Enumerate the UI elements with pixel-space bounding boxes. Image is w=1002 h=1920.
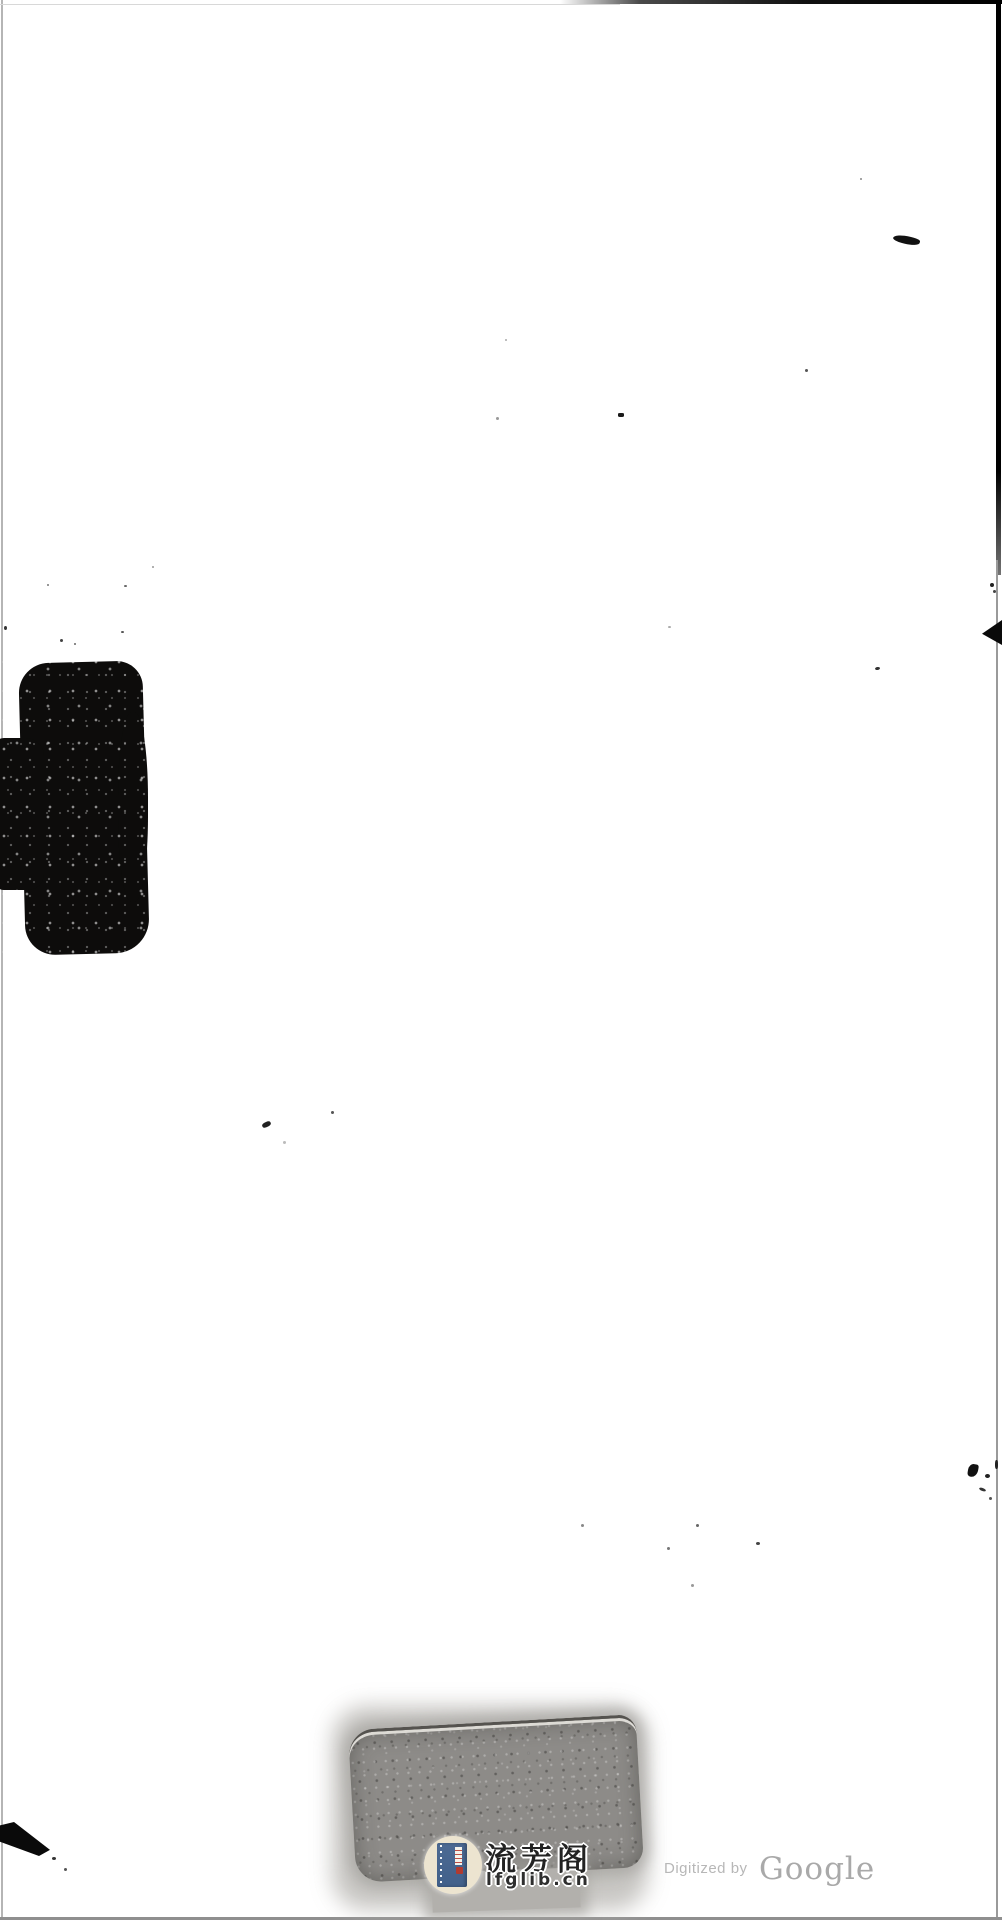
ink-speck (875, 667, 880, 671)
watermark-badge-circle (424, 1836, 482, 1894)
ink-speck (967, 1463, 979, 1478)
ink-blot-arm (0, 738, 44, 890)
ink-speck (261, 1120, 271, 1128)
ink-speck (860, 178, 862, 180)
book-title-slip-icon (454, 1846, 463, 1866)
scan-edge-right-thin (996, 560, 998, 1920)
ink-speck (52, 1857, 56, 1860)
ink-speck (696, 1524, 699, 1527)
ink-streak-bottom-left (0, 1822, 50, 1856)
ink-speck (124, 585, 127, 587)
ink-speck (121, 631, 124, 633)
ink-speck (581, 1524, 584, 1527)
ink-speck (74, 643, 76, 645)
scan-edge-right-dark (996, 0, 1001, 575)
ink-speck (892, 233, 920, 247)
ink-speck (64, 1868, 67, 1871)
ink-speck (47, 584, 49, 586)
google-logo: Google (759, 1851, 875, 1887)
watermark-url: lfglib.cn (486, 1870, 591, 1890)
ink-stamp-blot (0, 656, 160, 962)
lfglib-watermark: 流芳阁 lfglib.cn (424, 1836, 684, 1898)
ink-speck (331, 1111, 334, 1114)
ink-speck (60, 639, 63, 642)
ink-mark-right-edge (982, 620, 1002, 645)
ink-speck (805, 369, 808, 372)
ink-speck (667, 1547, 670, 1550)
book-icon (437, 1843, 467, 1887)
ink-blot-bulge (118, 712, 148, 902)
ink-speck (668, 626, 671, 628)
ink-speck (496, 417, 499, 420)
scan-edge-top-dark (560, 0, 1002, 4)
ink-speck (985, 1474, 990, 1478)
ink-speck (152, 566, 154, 568)
ink-speck (283, 1141, 286, 1144)
book-stitch-icon (440, 1845, 442, 1885)
ink-speck (691, 1584, 694, 1587)
scanned-page: 流芳阁 lfglib.cn Digitized by Google (0, 0, 1002, 1920)
ink-speck (4, 626, 7, 630)
ink-speck (990, 583, 994, 587)
ink-speck (756, 1542, 760, 1545)
ink-speck (979, 1487, 987, 1492)
ink-speck (989, 1497, 992, 1500)
digitized-credit: Digitized by Google (664, 1851, 875, 1887)
ink-speck (618, 413, 624, 417)
scan-edge-top-faint (0, 4, 620, 5)
book-seal-icon (456, 1867, 463, 1874)
ink-speck (505, 339, 507, 341)
